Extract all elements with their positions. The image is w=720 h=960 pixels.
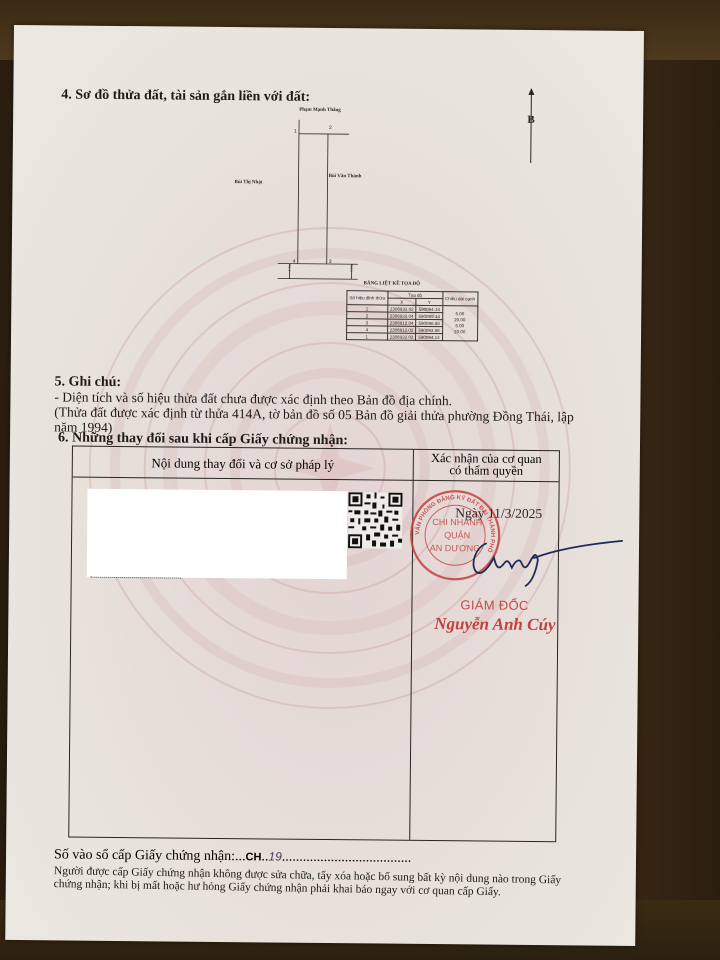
svg-text:1: 1 (294, 129, 297, 135)
coord-header-point: Số hiệu đỉnh thửa (347, 291, 388, 305)
svg-text:3: 3 (329, 259, 332, 265)
signer-title: GIÁM ĐỐC (460, 597, 528, 613)
footer-warning-note: Người được cấp Giấy chứng nhận không đượ… (54, 865, 584, 901)
parcel-sketch-diagram: 1 2 3 4 4.7m 4.7m (241, 105, 403, 297)
handwritten-signature-icon (464, 529, 625, 591)
svg-text:B: B (527, 114, 535, 126)
north-arrow-icon: B (521, 88, 542, 168)
registration-label: Số vào sổ cấp Giấy chứng nhận:... (54, 847, 246, 864)
qr-code-icon[interactable] (348, 492, 403, 549)
changes-col-content-header: Nội dung thay đổi và cơ sở pháp lý (73, 455, 413, 474)
coordinate-table: Số hiệu đỉnh thửa Tọa độ Chiều dài cạnh … (346, 290, 478, 341)
svg-text:4.7m: 4.7m (350, 264, 354, 272)
svg-text:4: 4 (293, 259, 296, 265)
registration-code: CH (245, 851, 261, 863)
land-certificate-page: 4. Sơ đồ thửa đất, tài sản gắn liền với … (5, 25, 644, 946)
registration-number: 19 (268, 849, 281, 863)
redacted-content-block (87, 489, 348, 579)
section-4-heading: 4. Sơ đồ thửa đất, tài sản gắn liền với … (61, 87, 310, 105)
svg-text:4.7m: 4.7m (288, 264, 292, 272)
svg-text:2: 2 (329, 125, 332, 131)
signer-name: Nguyễn Anh Cúy (434, 614, 555, 635)
coord-header-edge: Chiều dài cạnh (442, 292, 477, 306)
registration-number-line: Số vào sổ cấp Giấy chứng nhận:...CH..19.… (54, 847, 411, 866)
confirmation-date: Ngày 11/3/2025 (455, 505, 542, 522)
coordinate-table-title: BẢNG LIỆT KÊ TỌA ĐỘ (364, 281, 421, 287)
changes-col-confirmation-header: Xác nhận của cơ quan có thẩm quyền (414, 452, 559, 477)
changes-table-header: Nội dung thay đổi và cơ sở pháp lý Xác n… (73, 447, 559, 483)
